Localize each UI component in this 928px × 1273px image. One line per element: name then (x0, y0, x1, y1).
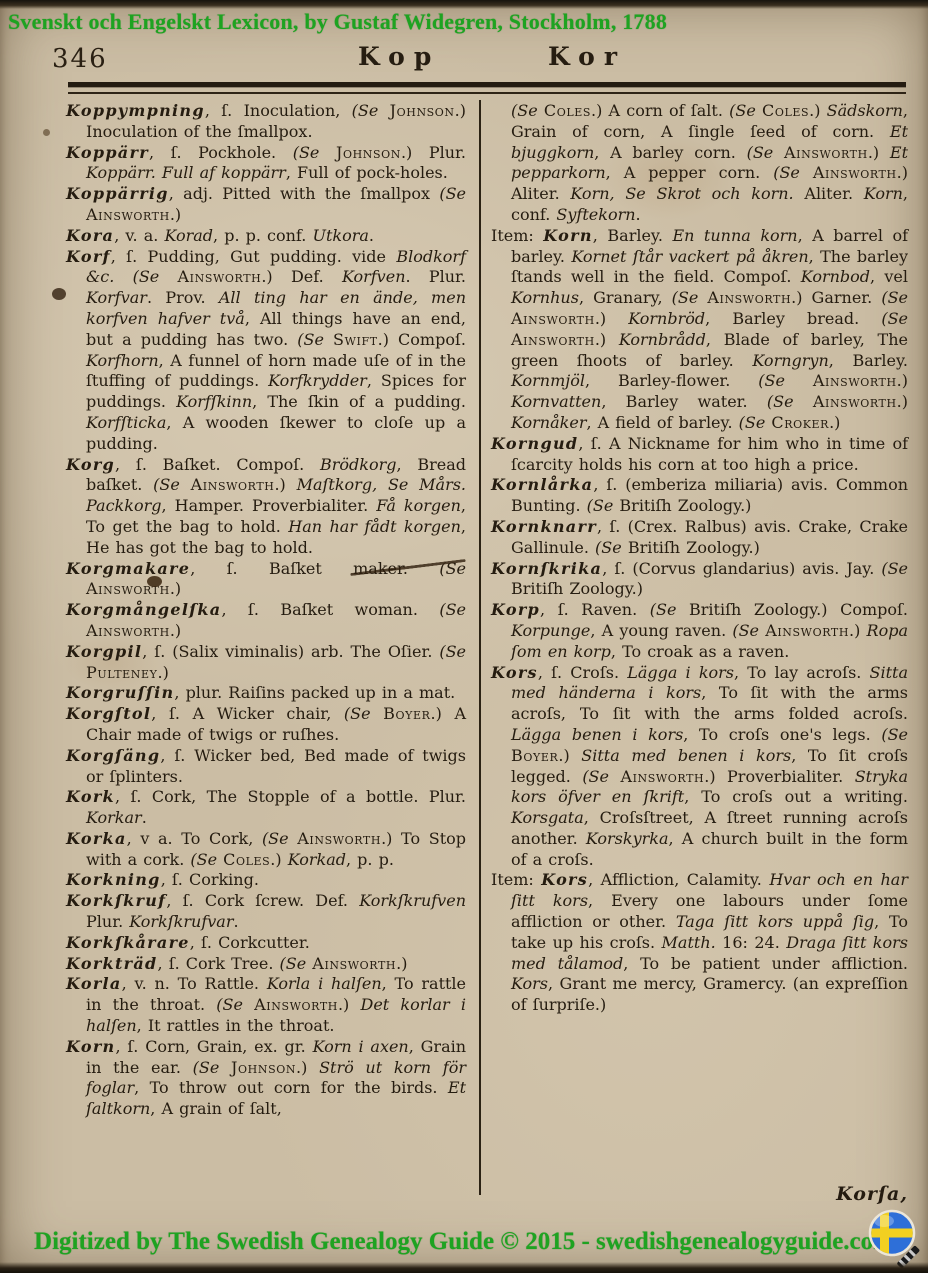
entry-text: , Hamper. Proverbialiter. (161, 496, 376, 515)
headword: Korkſkruf (66, 891, 166, 910)
headword: Korkning (66, 870, 161, 889)
entry-text: (Se (133, 267, 178, 286)
headword: Kornknarr (491, 517, 597, 536)
entry-text: Pulteney (86, 663, 158, 682)
entry-text: Matth. (662, 933, 716, 952)
dictionary-entry: Korgmångelſka, ſ. Baſket woman. (Se Ains… (66, 600, 466, 642)
entry-text: .) (274, 475, 296, 494)
entry-text: En tunna korn (672, 226, 797, 245)
headword: Kora (66, 226, 114, 245)
dictionary-entry: Korgſäng, ſ. Wicker bed, Bed made of twi… (66, 746, 466, 788)
entry-text: Boyer (383, 704, 430, 723)
entry-text: (Se (595, 538, 628, 557)
entry-text: , Full of pock-holes. (286, 163, 448, 182)
dictionary-entry: Korn, ſ. Corn, Grain, ex. gr. Korn i axe… (66, 1037, 466, 1120)
headword: Koppympning (66, 101, 205, 120)
entry-text: . (233, 912, 238, 931)
entry-text: , Affliction, Calamity. (588, 870, 769, 889)
dictionary-entry: Korla, v. n. To Rattle. Korla i halſen, … (66, 974, 466, 1036)
entry-text: Korskyrka (586, 829, 669, 848)
entry-text: .) (170, 579, 181, 598)
headword: Korgpil (66, 642, 142, 661)
entry-text: Ainsworth (254, 995, 338, 1014)
entry-text: Kors (511, 974, 548, 993)
entry-text: Item: (491, 226, 543, 245)
headword: Koppärr (66, 143, 149, 162)
headword: Korgmångelſka (66, 600, 221, 619)
entry-text: Johnson (336, 143, 401, 162)
entry-text: , ſ. Pudding, Gut pudding. vide (111, 247, 397, 266)
digitizer-credit: Digitized by The Swedish Genealogy Guide… (0, 1228, 928, 1256)
entry-text: , ſ. Corkcutter. (190, 933, 310, 952)
headword: Korg (66, 455, 115, 474)
entry-text: Korngryn (752, 351, 828, 370)
entry-text: Taga ſitt kors uppå ſig (676, 912, 874, 931)
entry-text: , ſ. Corking. (161, 870, 259, 889)
entry-text: Ainsworth (191, 475, 275, 494)
entry-text: Ainsworth (813, 392, 897, 411)
entry-text: Kornbröd (628, 309, 705, 328)
headword: Korngud (491, 434, 578, 453)
entry-text: Aliter. (794, 184, 864, 203)
headword: Korgruſſin (66, 683, 174, 702)
entry-text (114, 267, 132, 286)
entry-text: Kornvatten (511, 392, 601, 411)
entry-text: Syftekorn (556, 205, 635, 224)
entry-text: , ſ. (Corvus glandarius) avis. Jay. (602, 559, 881, 578)
entry-text: , To lay acroſs. (734, 663, 870, 682)
entry-text: (Se (439, 184, 466, 203)
running-head-keyword-right: Kor (548, 42, 626, 71)
entry-text: .) (809, 101, 827, 120)
headword: Korgmakare (66, 559, 190, 578)
entry-text: Sädskorn (827, 101, 903, 120)
entry-text: .) (158, 663, 169, 682)
entry-text: (Se (352, 101, 390, 120)
entry-text: Ainsworth (86, 205, 170, 224)
column-divider-rule (479, 100, 481, 1195)
entry-text: (Se (729, 101, 762, 120)
entry-text: Korsgata (511, 808, 584, 827)
entry-text: Ainsworth (312, 954, 396, 973)
entry-text: (Se (190, 850, 223, 869)
entry-text: , Barley bread. (705, 309, 881, 328)
entry-text: Korpunge (511, 621, 590, 640)
entry-text: Kornhus (511, 288, 579, 307)
entry-text: . (636, 205, 641, 224)
ink-blot (43, 129, 50, 136)
entry-text: . Prov. (147, 288, 219, 307)
entry-text: .) Garner. (791, 288, 881, 307)
entry-text: Britiſh Zoology.) (628, 538, 760, 557)
dictionary-entry: Korg, ſ. Baſket. Compoſ. Brödkorg, Bread… (66, 455, 466, 559)
entry-text: Korkar (86, 808, 142, 827)
entry-text: , ſ. Cork Tree. (158, 954, 280, 973)
headword: Korgſäng (66, 746, 160, 765)
entry-text: (Se (193, 1058, 231, 1077)
entry-text: Korn (864, 184, 903, 203)
entry-text: , A pepper corn. (606, 163, 774, 182)
dictionary-entry: Korf, ſ. Pudding, Gut pudding. vide Blod… (66, 247, 466, 455)
headword: Korka (66, 829, 127, 848)
entry-text: Lägga benen i kors (511, 725, 683, 744)
headword: Korkträd (66, 954, 158, 973)
header-rule-thin (68, 92, 906, 94)
entry-text: (Se (587, 496, 620, 515)
entry-text: Britiſh Zoology.) (511, 579, 643, 598)
entry-text: .) (595, 330, 619, 349)
entry-text: , ſ. Inoculation, (205, 101, 352, 120)
entry-text: , ſ. Croſs. (538, 663, 627, 682)
entry-text: Få korgen (376, 496, 461, 515)
entry-text: Korad (164, 226, 213, 245)
entry-text: Utkora (312, 226, 368, 245)
entry-text: (Se (767, 392, 813, 411)
entry-text: , ſ. Baſket woman. (221, 600, 439, 619)
entry-text: Korfhorn (86, 351, 159, 370)
left-column: Koppympning, ſ. Inoculation, (Se Johnson… (66, 101, 466, 1120)
dictionary-entry: Kornlårka, ſ. (emberiza miliaria) avis. … (491, 475, 908, 517)
scanned-lexicon-page: Svenskt och Engelskt Lexicon, by Gustaf … (0, 0, 928, 1273)
entry-text: Sitta med benen i kors (581, 746, 791, 765)
entry-text: , The ſkin of a pudding. (252, 392, 466, 411)
entry-text: , To croak as a raven. (611, 642, 789, 661)
dictionary-entry: Item: Kors, Affliction, Calamity. Hvar o… (491, 870, 908, 1016)
dictionary-entry: Korgruſſin, plur. Raiſins packed up in a… (66, 683, 466, 704)
entry-text: .) (849, 621, 867, 640)
headword: Kornſkrika (491, 559, 602, 578)
entry-text: Korn, Se Skrot och korn. (570, 184, 793, 203)
entry-text: Korfſticka (86, 413, 166, 432)
running-head-keyword-left: Kop (358, 42, 440, 71)
entry-text: Ainsworth (813, 371, 897, 390)
headword: Kors (491, 663, 538, 682)
entry-text: , ſ. Raven. (540, 600, 650, 619)
entry-text: , To croſs one's legs. (683, 725, 881, 744)
page-top-edge-shadow (0, 0, 928, 9)
entry-text: Ainsworth (765, 621, 849, 640)
entry-text: .) Proverbialiter. (704, 767, 854, 786)
entry-text: Johnson (231, 1058, 296, 1077)
entry-text: , v. n. To Rattle. (122, 974, 267, 993)
dictionary-entry: Korkſkruf, ſ. Cork ſcrew. Def. Korkſkruf… (66, 891, 466, 933)
entry-text: Ainsworth (297, 829, 381, 848)
headword: Kornlårka (491, 475, 593, 494)
entry-text: Britiſh Zoology.) (619, 496, 751, 515)
entry-text: (Se (773, 163, 813, 182)
dictionary-entry: Koppärrig, adj. Pitted with the ſmallpox… (66, 184, 466, 226)
entry-text: .) (595, 309, 628, 328)
entry-text: , vel (870, 267, 908, 286)
entry-text: .) (868, 143, 890, 162)
entry-text: Korkſkrufvar (129, 912, 233, 931)
catchword: Korſa, (788, 1183, 908, 1205)
entry-text: Koppärr. Full af koppärr (86, 163, 286, 182)
headword: Kork (66, 787, 115, 806)
entry-text: Korkad (288, 850, 346, 869)
entry-text: , adj. Pitted with the ſmallpox (169, 184, 440, 203)
entry-text: (Se (297, 330, 333, 349)
right-column: (Se Coles.) A corn of ſalt. (Se Coles.) … (491, 101, 908, 1016)
dictionary-entry: Korkträd, ſ. Cork Tree. (Se Ainsworth.) (66, 954, 466, 975)
entry-text: (Se (881, 309, 908, 328)
entry-text: (Se (511, 101, 544, 120)
dictionary-entry: Kors, ſ. Croſs. Lägga i kors, To lay acr… (491, 663, 908, 871)
entry-text: .) (396, 954, 407, 973)
entry-text: , A young raven. (590, 621, 732, 640)
entry-text: , To be patient under affliction. (623, 954, 908, 973)
entry-text: .) Compoſ. (378, 330, 466, 349)
entry-text: , Grant me mercy, Gramercy. (an expreſſi… (511, 974, 908, 1014)
entry-text: , ſ. Baſket. Compoſ. (115, 455, 320, 474)
dictionary-entry: Koppärr, ſ. Pockhole. (Se Johnson.) Plur… (66, 143, 466, 185)
entry-text: . (369, 226, 374, 245)
entry-text: (Se (293, 143, 336, 162)
entry-text: Coles (223, 850, 270, 869)
entry-text: .) (558, 746, 581, 765)
entry-text: (Se (881, 288, 908, 307)
entry-text: , ſ. (Salix viminalis) arb. The Oſier. (142, 642, 439, 661)
entry-text: .) (897, 371, 908, 390)
headword: Korf (66, 247, 111, 266)
entry-text: (Se (439, 642, 466, 661)
entry-text: .) (296, 1058, 319, 1077)
entry-text: (Se (650, 600, 689, 619)
entry-text: , ſ. Corn, Grain, ex. gr. (116, 1037, 313, 1056)
headword: Koppärrig (66, 184, 169, 203)
entry-text: Britiſh Zoology.) Compoſ. (689, 600, 908, 619)
entry-text: Maſtkorg, Se Mårs. (297, 475, 466, 494)
entry-text: Croker (771, 413, 829, 432)
entry-text: , v. a. (114, 226, 164, 245)
headword: Korp (491, 600, 540, 619)
dictionary-entry: Korka, v a. To Cork, (Se Ainsworth.) To … (66, 829, 466, 871)
dictionary-entry: Kork, ſ. Cork, The Stopple of a bottle. … (66, 787, 466, 829)
entry-text: .) (829, 413, 840, 432)
entry-text: . Plur. (406, 267, 467, 286)
dictionary-entry: Koppympning, ſ. Inoculation, (Se Johnson… (66, 101, 466, 143)
entry-text: , Barley. (593, 226, 673, 245)
dictionary-entry: Korgſtol, ſ. A Wicker chair, (Se Boyer.)… (66, 704, 466, 746)
entry-text: (Se (732, 621, 765, 640)
entry-text: Kornbrådd (619, 330, 706, 349)
entry-text: .) (897, 392, 908, 411)
entry-text: , p. p. conf. (213, 226, 312, 245)
entry-text: (Se (739, 413, 772, 432)
dictionary-entry: Korgpil, ſ. (Salix viminalis) arb. The O… (66, 642, 466, 684)
dictionary-entry: Korp, ſ. Raven. (Se Britiſh Zoology.) Co… (491, 600, 908, 662)
entry-text: Kornbod (801, 267, 870, 286)
entry-text: Ainsworth (620, 767, 704, 786)
entry-text: 16: 24. (716, 933, 787, 952)
dictionary-entry: Kornſkrika, ſ. (Corvus glandarius) avis.… (491, 559, 908, 601)
entry-text: , Barley. (829, 351, 908, 370)
entry-text: Korn i axen (313, 1037, 409, 1056)
entry-text: Korfvar (86, 288, 147, 307)
dictionary-entry: Item: Korn, Barley. En tunna korn, A bar… (491, 226, 908, 434)
entry-text: , Granary, (579, 288, 672, 307)
entry-text: (Se (881, 725, 908, 744)
entry-text: (Se (582, 767, 620, 786)
entry-text: , A grain of ſalt, (150, 1099, 281, 1118)
entry-text: (Se (672, 288, 708, 307)
entry-text: Ainsworth (707, 288, 791, 307)
headword: Kors (541, 870, 588, 889)
entry-text: Ainsworth (784, 143, 868, 162)
entry-text: Boyer (511, 746, 558, 765)
page-number: 346 (52, 44, 108, 74)
entry-text: Korla i halſen (267, 974, 382, 993)
entry-text: Kornmjöl (511, 371, 585, 390)
headword: Korgſtol (66, 704, 151, 723)
entry-text: , ſ. Cork, The Stopple of a bottle. Plur… (115, 787, 466, 806)
entry-text: Coles (544, 101, 591, 120)
entry-text: , To croſs out a writing. (684, 787, 908, 806)
entry-text: , ſ. Cork ſcrew. Def. (166, 891, 359, 910)
entry-text: .) (170, 205, 181, 224)
entry-text: Korfven (342, 267, 406, 286)
entry-text: (Se (758, 371, 813, 390)
headword: Korkſkårare (66, 933, 190, 952)
entry-text: Kornåker (511, 413, 586, 432)
entry-text: Han har fådt korgen (288, 517, 461, 536)
entry-text: Ainsworth (178, 267, 262, 286)
dictionary-entry: Korngud, ſ. A Nickname for him who in ti… (491, 434, 908, 476)
headword: Korla (66, 974, 122, 993)
entry-text: .) Def. (261, 267, 342, 286)
entry-text: .) (270, 850, 287, 869)
entry-text: , Barley water. (601, 392, 767, 411)
entry-text: Lägga i kors (627, 663, 734, 682)
entry-text: , Barley-flower. (585, 371, 758, 390)
ink-blot (147, 576, 162, 587)
ink-blot (52, 288, 66, 300)
entry-text: (Se (153, 475, 190, 494)
entry-text: , To throw out corn for the birds. (134, 1078, 448, 1097)
entry-text: Coles (762, 101, 809, 120)
entry-text: Brödkorg (320, 455, 397, 474)
entry-text: , A field of barley. (586, 413, 738, 432)
entry-text: (Se (262, 829, 297, 848)
entry-text: .) A corn of ſalt. (591, 101, 729, 120)
entry-text: Ainsworth (511, 309, 595, 328)
entry-text: Korfkrydder (268, 371, 367, 390)
entry-text: Swift (333, 330, 378, 349)
entry-text: Item: (491, 870, 541, 889)
entry-text: Ainsworth (86, 621, 170, 640)
dictionary-entry: (Se Coles.) A corn of ſalt. (Se Coles.) … (491, 101, 908, 226)
entry-text: (Se (216, 995, 254, 1014)
dictionary-entry: Kora, v. a. Korad, p. p. conf. Utkora. (66, 226, 466, 247)
headword: Korn (543, 226, 593, 245)
page-bottom-edge-shadow (0, 1262, 928, 1273)
entry-text: , ſ. Pockhole. (149, 143, 293, 162)
entry-text: Ainsworth (813, 163, 897, 182)
entry-text: (Se (280, 954, 313, 973)
entry-text: Plur. (86, 912, 129, 931)
entry-text: . (142, 808, 147, 827)
dictionary-entry: Korgmakare, ſ. Baſket maker. (Se Ainswor… (66, 559, 466, 601)
entry-text: Kornet ſtår vackert på åkren (571, 247, 808, 266)
entry-text: , plur. Raiſins packed up in a mat. (174, 683, 455, 702)
entry-text: (Se (344, 704, 383, 723)
entry-text: Korfſkinn (176, 392, 252, 411)
headword: Korn (66, 1037, 116, 1056)
entry-text: Johnson (390, 101, 455, 120)
entry-text: (Se (747, 143, 784, 162)
entry-text: (Se (439, 600, 466, 619)
dictionary-entry: Korkning, ſ. Corking. (66, 870, 466, 891)
digitizer-title-overlay: Svenskt och Engelskt Lexicon, by Gustaf … (8, 9, 667, 35)
entry-text: , A barley corn. (594, 143, 746, 162)
entry-text: , ſ. A Wicker chair, (151, 704, 344, 723)
header-rule-thick (68, 82, 906, 87)
entry-text: .) (170, 621, 181, 640)
entry-text: , It rattles in the throat. (137, 1016, 335, 1035)
dictionary-entry: Kornknarr, ſ. (Crex. Ralbus) avis. Crake… (491, 517, 908, 559)
entry-text: .) (338, 995, 361, 1014)
entry-text: .) Plur. (401, 143, 466, 162)
dictionary-entry: Korkſkårare, ſ. Corkcutter. (66, 933, 466, 954)
entry-text: , p. p. (346, 850, 394, 869)
entry-text: (Se (881, 559, 908, 578)
entry-text: Packkorg (86, 496, 161, 515)
entry-text: Korkſkrufven (359, 891, 466, 910)
entry-text: , v a. To Cork, (127, 829, 262, 848)
entry-text: Ainsworth (511, 330, 595, 349)
